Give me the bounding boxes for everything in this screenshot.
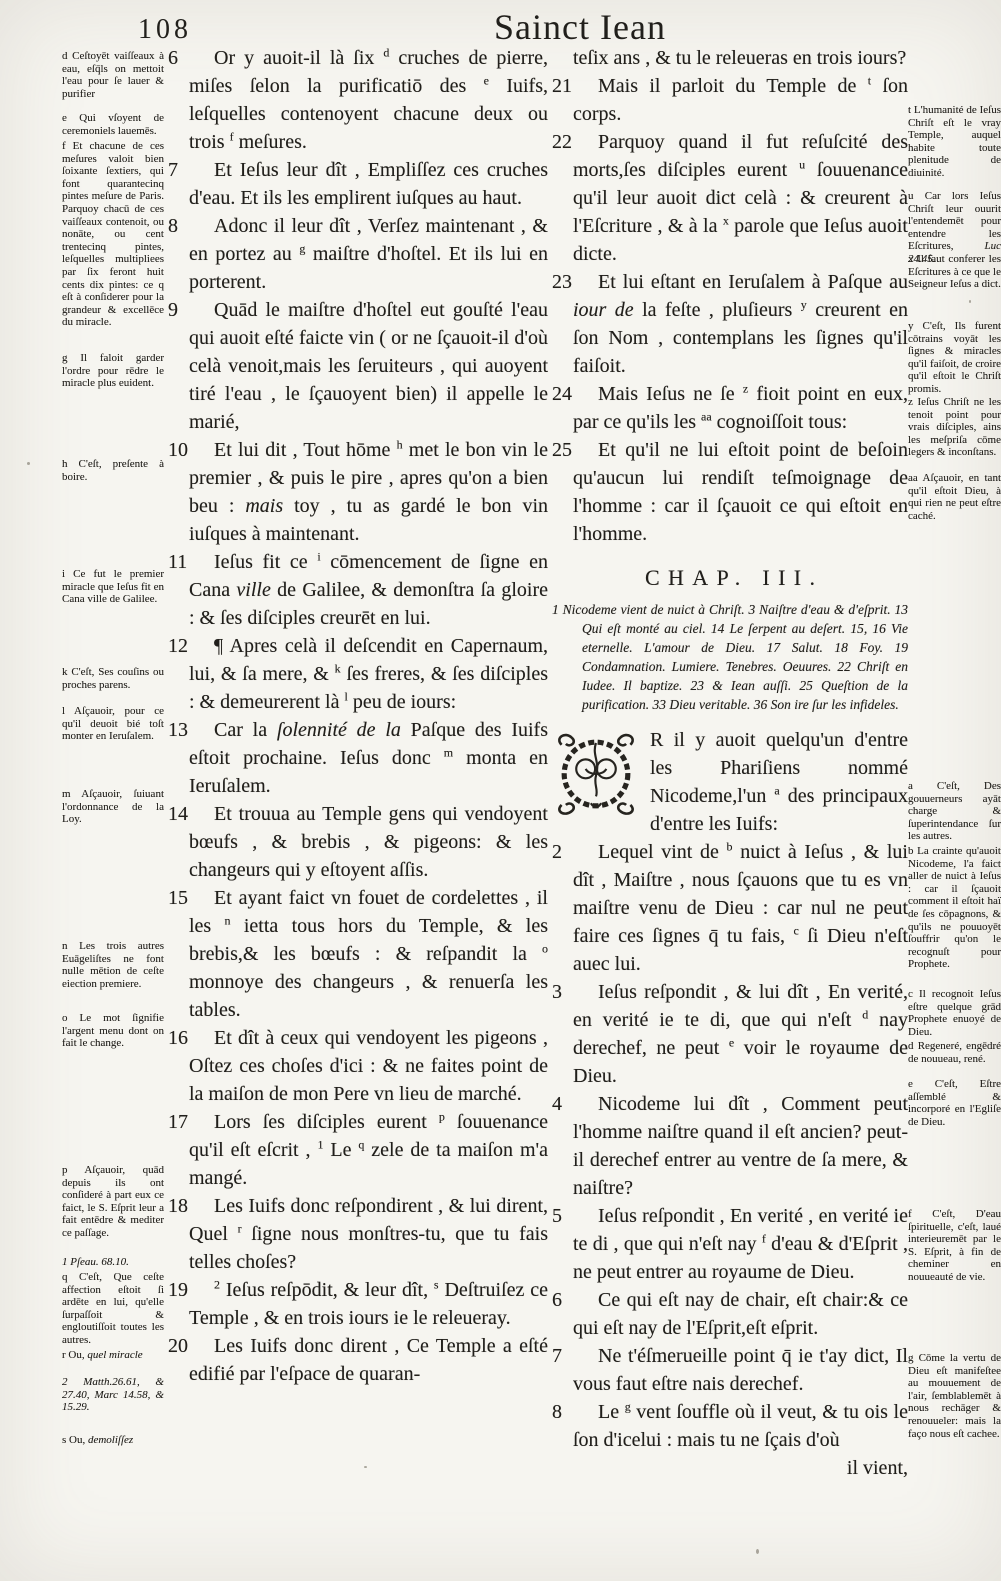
verse-23: 23Et lui eſtant en Ieruſalem à Paſque au… [552, 268, 908, 380]
verse-number: 4 [552, 1090, 562, 1118]
verse-number: 6 [168, 44, 178, 72]
verse-13: 13Car la ſolennité de la Paſque des Iuif… [168, 716, 548, 800]
right-margin-note: f C'eſt, D'eau ſpirituelle, c'eſt, laué … [908, 1208, 1001, 1284]
note-ref: n [225, 913, 231, 927]
verse-number: 19 [168, 1276, 188, 1304]
verse-continuation: teſix ans , & tu le releueras en trois i… [552, 44, 908, 72]
note-ref: 1 [317, 1137, 323, 1151]
left-margin-note: r Ou, quel miracle [62, 1349, 164, 1362]
left-margin-note: m Aſçauoir, ſuiuant l'ordonnance de la L… [62, 788, 164, 826]
note-ref: z [743, 381, 748, 395]
verse-25: 25Et qu'il ne lui eſtoit point de beſoin… [552, 436, 908, 548]
left-margin-note: k C'eſt, Ses couſins ou proches parens. [62, 666, 164, 691]
note-ref: y [801, 297, 807, 311]
chapter3-verses: 2Lequel vint de b nuict à Ieſus , & lui … [552, 838, 908, 1454]
left-margin-note: h C'eſt, preſente à boire. [62, 458, 164, 483]
right-margin-note: c Il recognoit Ieſus eſtre quelque grād … [908, 988, 1001, 1038]
note-ref: a [774, 783, 779, 797]
note-ref: c [794, 923, 799, 937]
right-margin-note: e C'eſt, Eſtre aſſemblé & incorporé en l… [908, 1078, 1001, 1128]
right-text-column: teſix ans , & tu le releueras en trois i… [552, 44, 908, 1482]
note-ref: m [444, 745, 453, 759]
left-margin-note: n Les trois autres Euāgeliſtes ne font n… [62, 940, 164, 990]
note-ref: g [625, 1399, 631, 1413]
verse-number: 7 [168, 156, 178, 184]
left-margin-note: d Ceſtoyēt vaiſſeaux à eau, eſq̄ls on me… [62, 50, 164, 100]
right-margin-notes: t L'humanité de Ieſus Chriſt eſt le vray… [908, 0, 1001, 1581]
verse-number: 15 [168, 884, 188, 912]
verse-number: 9 [168, 296, 178, 324]
note-ref: x [723, 213, 729, 227]
verse-16: 16Et dît à ceux qui vendoyent les pigeon… [168, 1024, 548, 1108]
verse-14: 14Et trouua au Temple gens qui vendoyent… [168, 800, 548, 884]
ink-speck [27, 462, 30, 465]
verse-number: 13 [168, 716, 188, 744]
note-ref: aa [701, 409, 712, 423]
verse-number: 2 [552, 838, 562, 866]
ink-speck [756, 1549, 759, 1554]
left-text-column: 6Or y auoit-il là ſix d cruches de pierr… [168, 44, 548, 1388]
note-ref: f [762, 1231, 766, 1245]
right-margin-note: aa Aſçauoir, en tant qu'il eſtoit Dieu, … [908, 472, 1001, 522]
note-ref: u [799, 157, 805, 171]
left-margin-note: l Aſçauoir, pour ce qu'il deuoit bié toſ… [62, 705, 164, 743]
verse-number: 3 [552, 978, 562, 1006]
verse-number: 12 [168, 632, 188, 660]
chapter2-verses: 21Mais il parloit du Temple de t ſon cor… [552, 72, 908, 548]
verse-11: 11Ieſus fit ce i cōmencement de ſigne en… [168, 548, 548, 632]
verse-number: 14 [168, 800, 188, 828]
left-margin-note: 1 Pſeau. 68.10. [62, 1256, 164, 1269]
left-margin-note: p Aſçauoir, quād depuis ils ont conſider… [62, 1164, 164, 1240]
note-ref: q [358, 1137, 364, 1151]
left-margin-note: o Le mot ſignifie l'argent menu dont on … [62, 1012, 164, 1050]
verse-text: R il y auoit quelqu'un d'entre les Phari… [650, 729, 908, 835]
verse-number: 8 [168, 212, 178, 240]
verse-number: 18 [168, 1192, 188, 1220]
chapter3-verse-4: 4Nicodeme lui dît , Comment peut l'homme… [552, 1090, 908, 1202]
right-margin-note: b La crainte qu'auoit Nicodeme, l'a faic… [908, 845, 1001, 971]
verse-24: 24Mais Ieſus ne ſe z fioit point en eux,… [552, 380, 908, 436]
note-ref: t [868, 73, 871, 87]
right-margin-note: d Regeneré, engēdré de nouueau, rené. [908, 1040, 1001, 1065]
verse-22: 22Parquoy quand il fut reſuſcité des mor… [552, 128, 908, 268]
left-margin-note: i Ce fut le premier miracle que Ieſus fi… [62, 568, 164, 606]
verse-6: 6Or y auoit-il là ſix d cruches de pierr… [168, 44, 548, 156]
verse-20: 20Les Iuifs donc dirent , Ce Temple a eſ… [168, 1332, 548, 1388]
verse-15: 15Et ayant faict vn fouet de cordelettes… [168, 884, 548, 1024]
verse-18: 18Les Iuifs donc reſpondirent , & lui di… [168, 1192, 548, 1276]
book-page: 108 Sainct Iean d Ceſtoyēt vaiſſeaux à e… [0, 0, 1001, 1581]
left-margin-notes: d Ceſtoyēt vaiſſeaux à eau, eſq̄ls on me… [62, 0, 164, 1581]
chapter3-verse-6: 6Ce qui eſt nay de chair, eſt chair:& ce… [552, 1286, 908, 1342]
verse-number: 23 [552, 268, 572, 296]
chapter-summary: 1 Nicodeme vient de nuict à Chriſt. 3 Na… [552, 600, 908, 714]
left-margin-note: 2 Matth.26.61, & 27.40, Marc 14.58, & 15… [62, 1376, 164, 1414]
verse-number: 25 [552, 436, 572, 464]
verse-number: 11 [168, 548, 187, 576]
right-margin-note: z Ieſus Chriſt ne les tenoit point pour … [908, 396, 1001, 459]
note-ref: g [299, 241, 305, 255]
right-margin-note: a C'eſt, Des gouuerneurs ayāt charge & ſ… [908, 780, 1001, 843]
note-ref: f [230, 129, 234, 143]
verse-8: 8Adonc il leur dît , Verſez maintenant ,… [168, 212, 548, 296]
note-ref: s [434, 1277, 439, 1291]
verse-number: 16 [168, 1024, 188, 1052]
right-margin-note: x Il faut conferer les Eſcritures à ce q… [908, 253, 1001, 291]
note-ref: i [317, 549, 320, 563]
verse-21: 21Mais il parloit du Temple de t ſon cor… [552, 72, 908, 128]
verse-number: 10 [168, 436, 188, 464]
note-ref: b [727, 839, 733, 853]
verse-10: 10Et lui dit , Tout hōme h met le bon vi… [168, 436, 548, 548]
note-ref: k [335, 661, 341, 675]
chapter3-verse-5: 5Ieſus reſpondit , En verité , en verité… [552, 1202, 908, 1286]
verse-number: 21 [552, 72, 572, 100]
right-margin-note: g Cōme la vertu de Dieu eſt manifeſtee a… [908, 1352, 1001, 1440]
chapter3-verse-7: 7Ne t'éſmerueille point q̄ ie t'ay dict,… [552, 1342, 908, 1398]
verse-17: 17Lors ſes diſciples eurent p ſouuenance… [168, 1108, 548, 1192]
note-ref: e [484, 73, 489, 87]
verse-number: 6 [552, 1286, 562, 1314]
right-margin-note: t L'humanité de Ieſus Chriſt eſt le vray… [908, 104, 1001, 180]
verse-number: 5 [552, 1202, 562, 1230]
ink-speck [969, 300, 971, 303]
verse-9: 9Quād le maiſtre d'hoſtel eut gouſté l'e… [168, 296, 548, 436]
verse-number: 22 [552, 128, 572, 156]
left-margin-note: e Qui vſoyent de ceremoniels lauemēs. [62, 112, 164, 137]
verse-19: 192 Ieſus reſpōdit, & leur dît, s Deſtru… [168, 1276, 548, 1332]
verse-number: 17 [168, 1108, 188, 1136]
verse-overflow: il vient, [552, 1454, 908, 1482]
chapter3-verse-8: 8Le g vent ſouffle où il veut, & tu ois … [552, 1398, 908, 1454]
verse-number: 20 [168, 1332, 188, 1360]
verse-12: 12¶ Apres celà il deſcendit en Capernaum… [168, 632, 548, 716]
note-ref: e [729, 1035, 734, 1049]
chapter3-verse-1: R il y auoit quelqu'un d'entre les Phari… [552, 726, 908, 838]
note-ref: h [397, 437, 403, 451]
running-title: Sainct Iean [400, 6, 760, 48]
ink-speck [364, 1466, 367, 1468]
left-margin-note: g Il faloit garder l'ordre pour rēdre le… [62, 352, 164, 390]
verse-number: 7 [552, 1342, 562, 1370]
note-ref: l [345, 689, 348, 703]
note-ref: o [542, 941, 548, 955]
note-ref: 2 [214, 1277, 220, 1291]
note-ref: r [238, 1221, 242, 1235]
right-margin-note: y C'eſt, Ils furent cōtrains voyāt les ſ… [908, 320, 1001, 396]
chapter3-verse-3: 3Ieſus reſpondit , & lui dît , En verité… [552, 978, 908, 1090]
verse-7: 7Et Ieſus leur dît , Empliſſez ces cruch… [168, 156, 548, 212]
left-margin-note: f Et chacune de ces meſures valoit bien … [62, 140, 164, 329]
left-margin-note: q C'eſt, Que ceſte affection eſtoit ſi a… [62, 1271, 164, 1347]
chapter3-verse-2: 2Lequel vint de b nuict à Ieſus , & lui … [552, 838, 908, 978]
left-margin-note: s Ou, demoliſſez [62, 1434, 164, 1447]
note-ref: p [439, 1109, 445, 1123]
chapter-heading: CHAP. III. [552, 564, 908, 592]
note-ref: d [862, 1007, 868, 1021]
ornamental-initial-O [552, 731, 640, 817]
verse-number: 8 [552, 1398, 562, 1426]
note-ref: d [383, 45, 389, 59]
verse-number: 24 [552, 380, 572, 408]
